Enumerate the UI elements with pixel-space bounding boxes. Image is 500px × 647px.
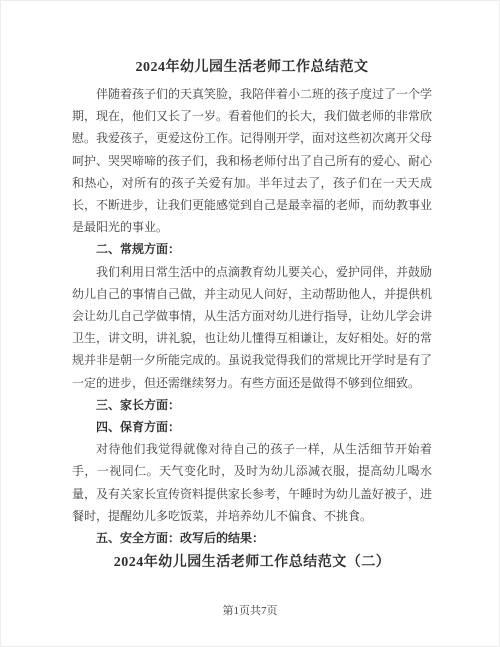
- heading-parents-aspects: 三、家长方面：: [72, 394, 432, 416]
- document-page: 2024年幼儿园生活老师工作总结范文 伴随着孩子们的天真笑脸，我陪伴着小二班的孩…: [0, 0, 500, 647]
- document-subtitle-part-two: 2024年幼儿园生活老师工作总结范文（二）: [72, 552, 432, 574]
- heading-safety-aspects: 五、安全方面：改写后的结果：: [72, 527, 432, 549]
- paragraph-regular-aspects: 我们利用日常生活中的点滴教育幼儿要关心，爱护同伴，并鼓励幼儿自己的事情自己做，并…: [72, 261, 432, 394]
- heading-childcare-aspects: 四、保育方面：: [72, 416, 432, 438]
- page-number-indicator: 第1页共7页: [1, 602, 499, 620]
- document-body: 2024年幼儿园生活老师工作总结范文 伴随着孩子们的天真笑脸，我陪伴着小二班的孩…: [72, 57, 432, 574]
- paragraph-intro: 伴随着孩子们的天真笑脸，我陪伴着小二班的孩子度过了一个学期，现在，他们又长了一岁…: [72, 83, 432, 238]
- paragraph-childcare-aspects: 对待他们我觉得就像对待自己的孩子一样，从生活细节开始着手，一视同仁。天气变化时，…: [72, 438, 432, 527]
- document-title: 2024年幼儿园生活老师工作总结范文: [72, 57, 432, 79]
- heading-regular-aspects: 二、常规方面：: [72, 238, 432, 260]
